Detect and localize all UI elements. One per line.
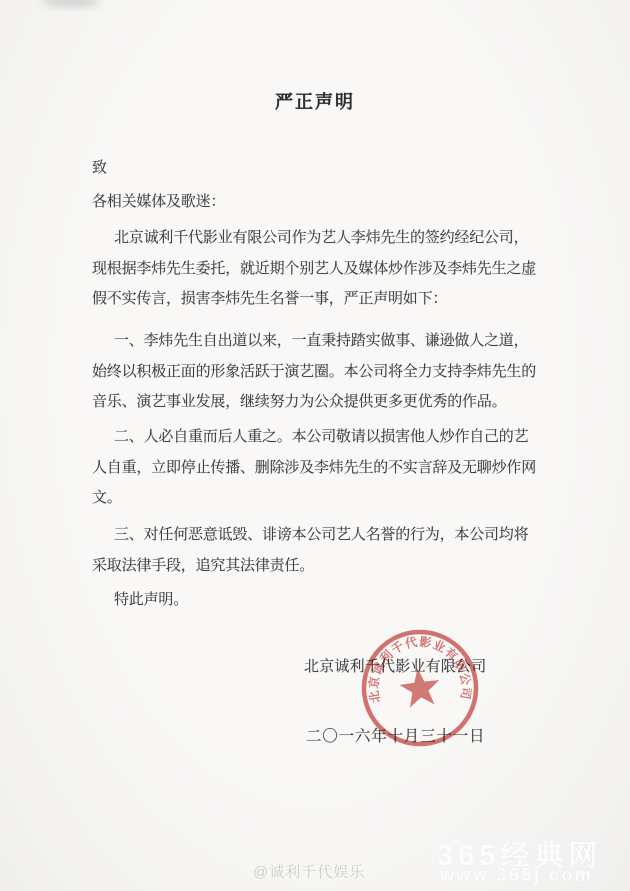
statement-line: 文。	[92, 486, 122, 507]
statement-line: 一、李炜先生自出道以来，一直秉持踏实做事、谦逊做人之道，	[114, 329, 528, 350]
statement-title: 严正声明	[0, 88, 630, 114]
statement-line: 采取法律手段，追究其法律责任。	[92, 554, 314, 575]
statement-line: 二、人必自重而后人重之。本公司敬请以损害他人炒作自己的艺	[114, 425, 528, 446]
statement-line: 假不实传言，损害李炜先生名誉一事，严正声明如下：	[92, 287, 447, 308]
salutation-line: 致	[92, 156, 107, 177]
site-watermark-url: www.365j.com	[440, 865, 593, 886]
statement-line: 始终以积极正面的形象活跃于演艺圈。本公司将全力支持李炜先生的	[92, 360, 536, 381]
document-page: 严正声明 致 各相关媒体及歌迷： 北京诚利千代影业有限公司作为艺人李炜先生的签约…	[0, 0, 630, 891]
salutation-line: 各相关媒体及歌迷：	[92, 190, 225, 211]
company-seal-stamp: 北京诚利千代影业有限公司	[346, 614, 493, 761]
statement-line: 特此声明。	[114, 588, 188, 609]
statement-line: 音乐、演艺事业发展，继续努力为公众提供更多更优秀的作品。	[92, 390, 506, 411]
statement-line: 现根据李炜先生委托，就近期个别艺人及媒体炒作涉及李炜先生之虚	[92, 257, 536, 278]
weibo-watermark: @诚利千代娱乐	[253, 861, 365, 882]
scan-smudge-artifact	[42, 0, 100, 7]
star-icon	[398, 666, 442, 709]
statement-line: 人自重，立即停止传播、删除涉及李炜先生的不实言辞及无聊炒作网	[92, 456, 536, 477]
statement-line: 北京诚利千代影业有限公司作为艺人李炜先生的签约经纪公司，	[114, 226, 528, 247]
statement-line: 三、对任何恶意诋毁、诽谤本公司艺人名誉的行为，本公司均将	[114, 523, 528, 544]
